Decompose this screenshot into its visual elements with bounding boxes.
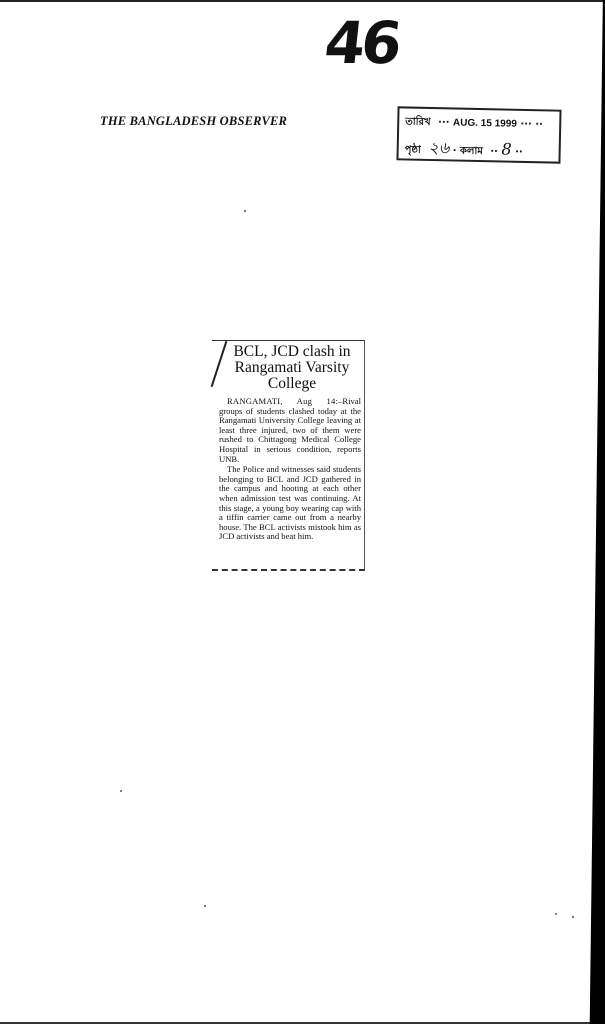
stamp-column-label: কলাম — [460, 146, 483, 157]
article-dateline: RANGAMATI, Aug 14: — [227, 396, 338, 406]
handwritten-page-number: 46 — [322, 14, 401, 72]
scan-right-edge-shadow — [587, 0, 605, 1024]
scan-speck — [244, 210, 246, 212]
stamp-date-value: AUG. 15 1999 — [453, 117, 517, 129]
archive-date-stamp: তারিখ ··· AUG. 15 1999 ··· ·· পৃষ্ঠা ২৬ … — [396, 106, 561, 163]
scan-top-edge — [0, 0, 605, 2]
scan-speck — [204, 905, 206, 907]
clipping-headline: BCL, JCD clash in Rangamati Varsity Coll… — [222, 344, 362, 392]
article-paragraph: The Police and witnesses said students b… — [219, 465, 361, 542]
stamp-column-value: 8 — [501, 139, 512, 158]
stamp-date-row: তারিখ ··· AUG. 15 1999 ··· ·· — [405, 114, 543, 134]
scan-speck — [555, 913, 557, 915]
article-paragraph-text: –Rival groups of students clashed today … — [219, 396, 361, 464]
scan-speck — [572, 916, 574, 918]
article-paragraph: RANGAMATI, Aug 14:–Rival groups of stude… — [219, 397, 361, 464]
stamp-date-label: তারিখ — [405, 116, 431, 128]
scan-speck — [120, 790, 122, 792]
stamp-page-value: ২৬ — [428, 138, 449, 157]
article-paragraph-text: The Police and witnesses said students b… — [219, 464, 361, 541]
stamp-page-row: পৃষ্ঠা ২৬ · কলাম ·· 8 ·· — [404, 134, 523, 163]
stamp-page-label: পৃষ্ঠা — [405, 144, 421, 155]
publication-masthead: THE BANGLADESH OBSERVER — [100, 114, 287, 129]
clipping-article-body: RANGAMATI, Aug 14:–Rival groups of stude… — [219, 397, 361, 542]
